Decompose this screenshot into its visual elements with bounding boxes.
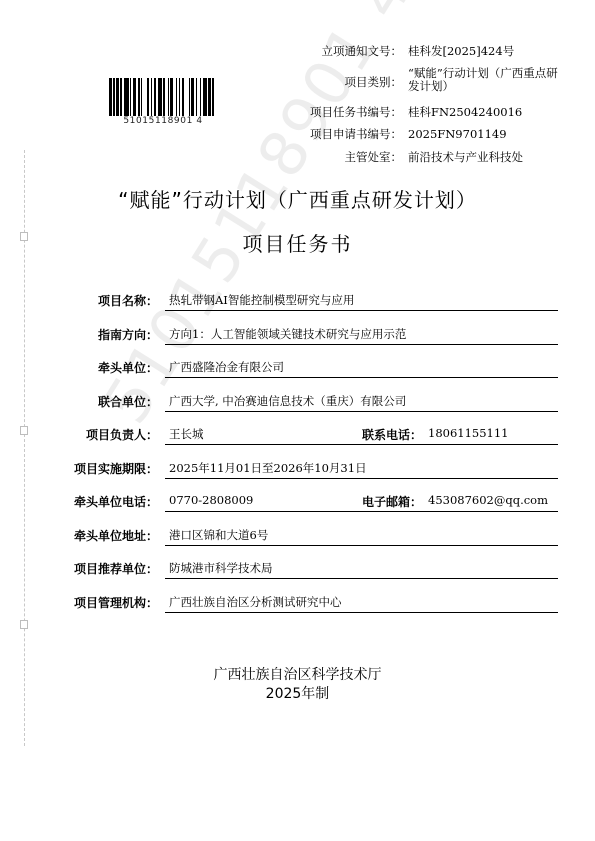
binding-hole-marker [20,620,28,629]
lead-address-underline [165,545,558,546]
period-label: 项目实施期限： [0,460,158,477]
issue-year: 2025年制 [0,683,595,703]
manager-label: 项目管理机构： [0,594,158,611]
meta-task-no-value: 桂科FN2504240016 [408,105,568,119]
period-underline [165,478,558,479]
guide-direction-value: 方向1：人工智能领域关键技术研究与应用示范 [169,326,406,342]
leader-label: 项目负责人： [0,426,158,443]
recommender-label: 项目推荐单位： [0,560,158,577]
leader-value: 王长城 [169,426,204,442]
lead-address-value: 港口区锦和大道6号 [169,527,268,543]
phone-value: 18061155111 [428,426,508,440]
project-name-label: 项目名称： [0,292,158,309]
lead-unit-label: 牵头单位： [0,359,158,376]
manager-value: 广西壮族自治区分析测试研究中心 [169,594,342,610]
leader-underline [165,444,558,445]
meta-application-no-label: 项目申请书编号： [282,127,402,141]
meta-category-value: “赋能”行动计划（广西重点研发计划） [408,67,558,93]
email-value: 453087602@qq.com [428,493,548,507]
meta-department-value: 前沿技术与产业科技处 [408,150,568,164]
project-name-value: 热轧带钢AI智能控制模型研究与应用 [169,292,354,308]
guide-direction-label: 指南方向： [0,326,158,343]
meta-task-no-label: 项目任务书编号： [282,105,402,119]
email-label: 电子邮箱： [362,493,422,510]
barcode-number: 51015118901 4 [109,116,217,126]
lead-phone-underline [165,511,558,512]
period-value: 2025年11月01日至2026年10月31日 [169,460,367,476]
meta-notice-no-label: 立项通知文号： [282,44,402,58]
joint-unit-underline [165,411,558,412]
lead-phone-label: 牵头单位电话： [0,493,158,510]
document-title: “赋能”行动计划（广西重点研发计划） [0,184,595,213]
joint-unit-value: 广西大学, 中冶赛迪信息技术（重庆）有限公司 [169,393,406,409]
meta-notice-no-value: 桂科发[2025]424号 [408,44,568,58]
joint-unit-label: 联合单位： [0,393,158,410]
lead-unit-underline [165,377,558,378]
phone-label: 联系电话： [362,426,422,443]
recommender-underline [165,578,558,579]
lead-unit-value: 广西盛隆冶金有限公司 [169,359,284,375]
meta-department-label: 主管处室： [282,150,402,164]
meta-application-no-value: 2025FN9701149 [408,127,568,141]
document-subtitle: 项目任务书 [0,228,595,257]
lead-phone-value: 0770-2808009 [169,493,253,507]
guide-direction-underline [165,344,558,345]
barcode [109,78,217,116]
project-name-underline [165,310,558,311]
barcode-bar [214,78,217,116]
lead-address-label: 牵头单位地址： [0,527,158,544]
issuer: 广西壮族自治区科学技术厅 [0,664,595,684]
manager-underline [165,612,558,613]
recommender-value: 防城港市科学技术局 [169,560,273,576]
meta-category-label: 项目类别： [282,75,402,89]
